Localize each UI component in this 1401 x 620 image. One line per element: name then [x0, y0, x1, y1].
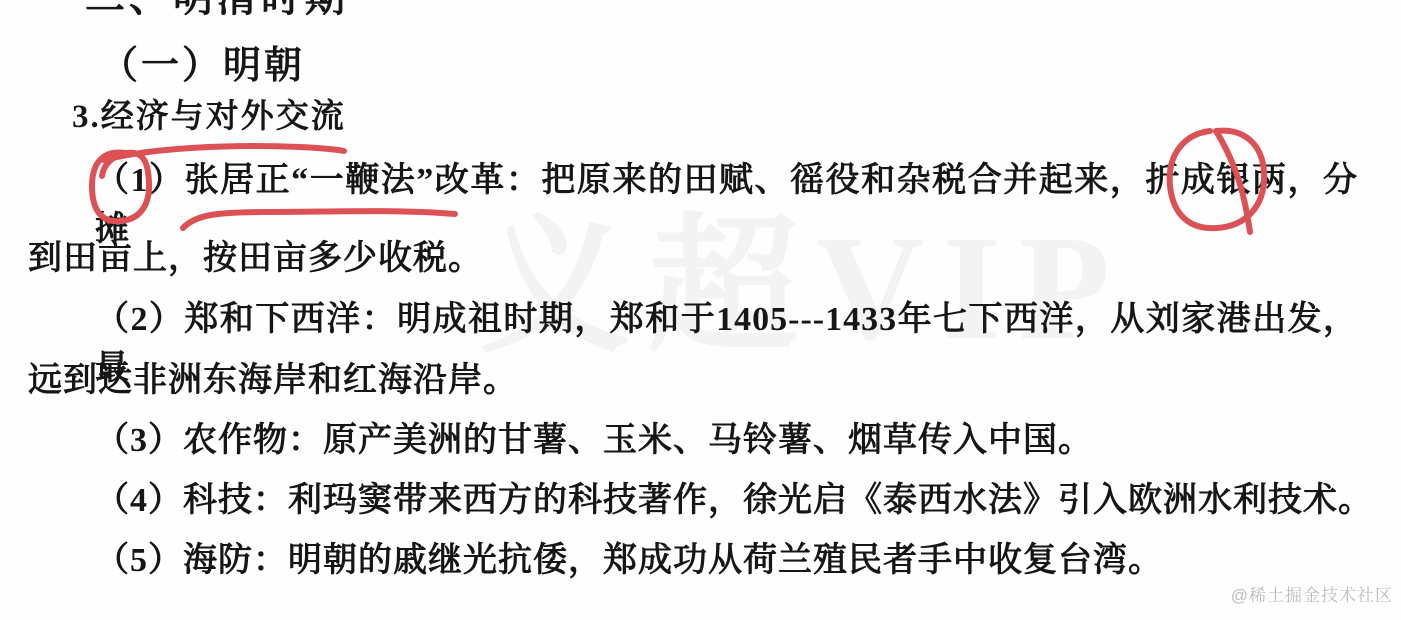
- paragraph4-line: （4）科技：利玛窦带来西方的科技著作，徐光启《泰西水法》引入欧洲水利技术。: [95, 472, 1373, 521]
- topic-heading-economy-exchange: 3.经济与对外交流: [72, 90, 346, 137]
- paragraph5-line: （5）海防：明朝的戚继光抗倭，郑成功从荷兰殖民者手中收复台湾。: [95, 532, 1163, 581]
- notes-page: 义超VIP 二、明清时期 （一）明朝 3.经济与对外交流 （1）张居正“一鞭法”…: [0, 0, 1401, 620]
- paragraph3-line: （3）农作物：原产美洲的甘薯、玉米、马铃薯、烟草传入中国。: [95, 412, 1093, 461]
- section-heading-ming-dynasty: （一）明朝: [100, 34, 305, 89]
- community-watermark: @稀土掘金技术社区: [1231, 581, 1393, 606]
- clipped-top-heading: 二、明清时期: [85, 0, 349, 23]
- paragraph1-line2: 到田亩上，按田亩多少收税。: [28, 230, 483, 279]
- paragraph2-line2: 远到达非洲东海岸和红海沿岸。: [28, 352, 518, 401]
